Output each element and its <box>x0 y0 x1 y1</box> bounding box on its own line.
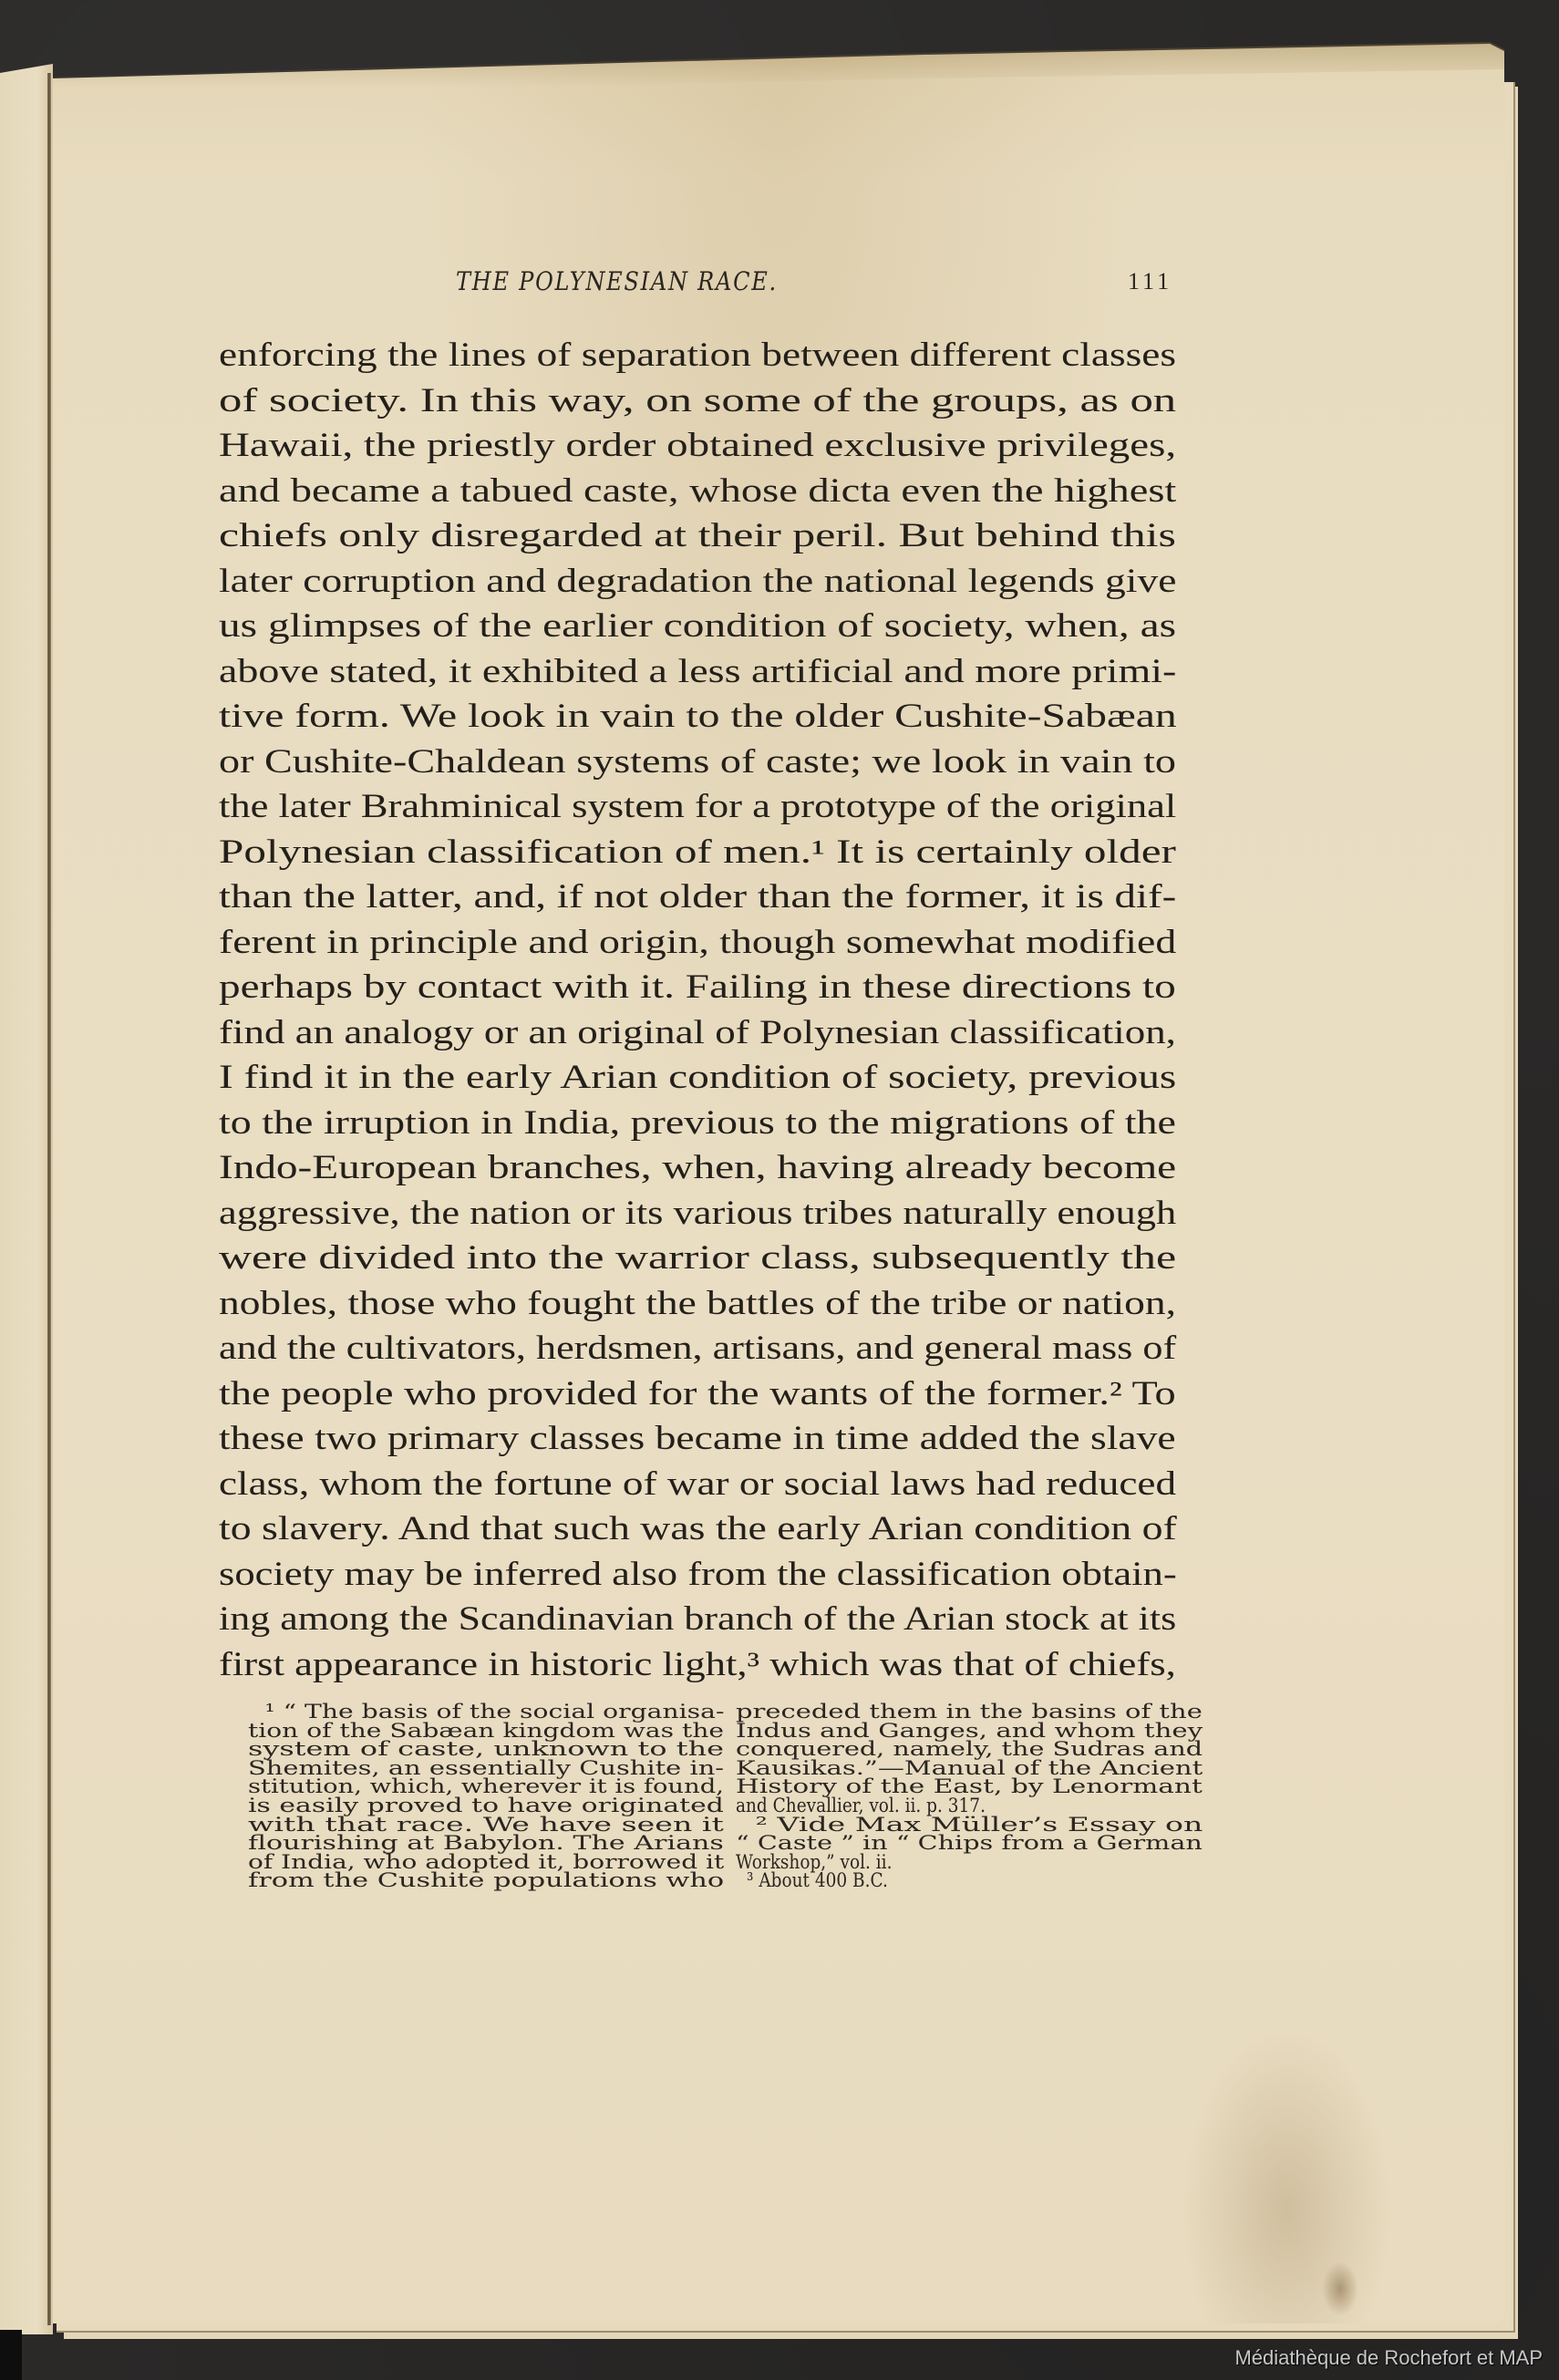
body-line: than the latter, and, if not older than … <box>219 874 1176 920</box>
body-line: to slavery. And that such was the early … <box>219 1506 1176 1552</box>
footnote-line: ³ About 400 B.C. <box>736 1872 888 1891</box>
body-line: the people who provided for the wants of… <box>219 1371 1176 1417</box>
footnotes: ¹ “ The basis of the social organisa- ti… <box>248 1703 1205 2032</box>
footnote-column-right: preceded them in the basins of the Indus… <box>736 1703 1205 1891</box>
body-line: I find it in the early Arian condition o… <box>219 1055 1176 1101</box>
body-line: Hawaii, the priestly order obtained excl… <box>219 423 1176 469</box>
body-line: tive form. We look in vain to the older … <box>219 694 1176 740</box>
body-line: or Cushite-Chaldean systems of caste; we… <box>219 740 1176 785</box>
running-title: THE POLYNESIAN RACE. <box>456 266 778 296</box>
body-line: of society. In this way, on some of the … <box>219 378 1176 424</box>
body-line: ferent in principle and origin, though s… <box>219 920 1176 966</box>
body-text: enforcing the lines of separation betwee… <box>219 333 1181 1687</box>
body-line: aggressive, the nation or its various tr… <box>219 1191 1176 1237</box>
body-line: society may be inferred also from the cl… <box>219 1552 1176 1598</box>
body-line: class, whom the fortune of war or social… <box>219 1462 1176 1507</box>
body-line: nobles, those who fought the battles of … <box>219 1281 1176 1327</box>
body-line: Indo-European branches, when, having alr… <box>219 1145 1176 1191</box>
body-line: chiefs only disregarded at their peril. … <box>219 513 1176 559</box>
body-line: ing among the Scandinavian branch of the… <box>219 1597 1176 1642</box>
footnote-line: from the Cushite populations who <box>248 1872 724 1891</box>
body-line: the later Brahminical system for a proto… <box>219 784 1176 830</box>
body-line: and became a tabued caste, whose dicta e… <box>219 469 1176 514</box>
page-number: 111 <box>1128 268 1172 295</box>
body-line: above stated, it exhibited a less artifi… <box>219 649 1176 695</box>
footnote-column-left: ¹ “ The basis of the social organisa- ti… <box>248 1703 724 1891</box>
body-line: later corruption and degradation the nat… <box>219 559 1176 605</box>
book-gutter <box>47 73 51 2325</box>
body-line: and the cultivators, herdsmen, artisans,… <box>219 1326 1176 1371</box>
body-line: these two primary classes became in time… <box>219 1416 1176 1462</box>
body-line: us glimpses of the earlier condition of … <box>219 604 1176 649</box>
body-line: perhaps by contact with it. Failing in t… <box>219 965 1176 1010</box>
facing-page-edge <box>0 64 53 2334</box>
paper-stain <box>1322 2261 1358 2316</box>
body-line: first appearance in historic light,³ whi… <box>219 1642 1176 1688</box>
body-line: were divided into the warrior class, sub… <box>219 1236 1176 1281</box>
running-head: THE POLYNESIAN RACE. 111 <box>0 266 1559 303</box>
library-watermark: Médiathèque de Rochefort et MAP <box>1234 2346 1543 2370</box>
body-line: Polynesian classification of men.¹ It is… <box>219 830 1176 875</box>
binding-shadow <box>0 2330 22 2380</box>
body-line: find an analogy or an original of Polyne… <box>219 1010 1176 1056</box>
body-line: to the irruption in India, previous to t… <box>219 1101 1176 1146</box>
body-line: enforcing the lines of separation betwee… <box>219 333 1176 378</box>
